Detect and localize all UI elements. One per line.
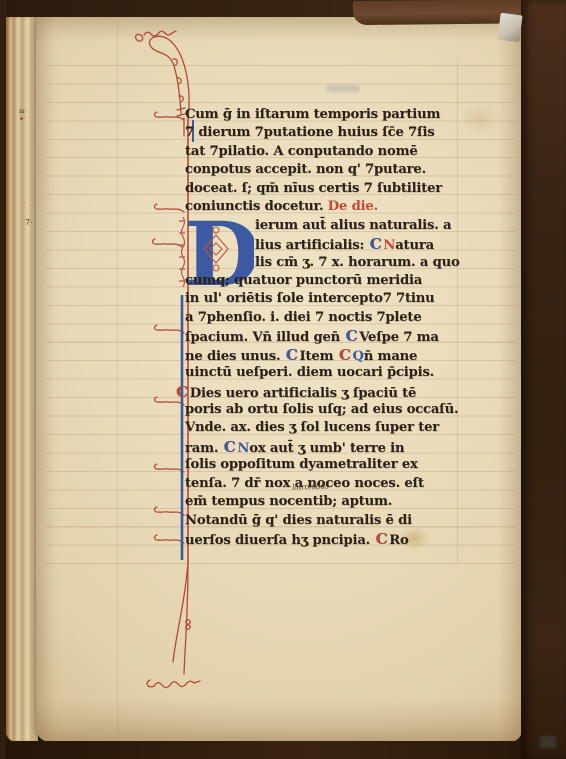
text-run: ox aut̄ ʒ umb' terre in (249, 441, 404, 456)
text-line: in ul' oriētis ſole intercepto7 7tinu (185, 290, 461, 308)
text-line: tat 7pilatio. A conputando nomē (185, 143, 461, 161)
text-run: atura (395, 238, 434, 253)
text-run: 7 dierum 7putatione huius ſc̄e 7ſis (185, 125, 435, 140)
margin-annotation: m· (19, 108, 27, 115)
text-line: Cum ḡ in iſtarum temporis partium (185, 106, 461, 124)
paraph-mark: C (370, 235, 382, 253)
text-run: n̄ mane (364, 349, 417, 364)
text-line: 7 dierum 7putatione huius ſc̄e 7ſis (185, 124, 461, 142)
text-run: Dies uero artificialis ʒ ſpaciū tē (190, 386, 416, 401)
text-run: tat 7pilatio. A conputando nomē (185, 144, 418, 159)
manuscript-photo: D Cum ḡ in iſtarum temporis partium 7 di… (0, 0, 566, 759)
text-run: uinctū ueſperi. diem uocari p̄cipis. (185, 365, 434, 380)
text-line: Vnde. ax. dies ʒ ſol lucens ſuper ter (185, 419, 461, 437)
text-line: Notandū ḡ q' dies naturalis ē di (185, 512, 461, 530)
text-run: lis cm̄ ʒ. 7 x. horarum. a quo (255, 255, 460, 270)
text-line: a 7phenſio. i. diei 7 noctis 7plete (185, 309, 461, 327)
text-run: Veſpe 7 ma (359, 330, 439, 345)
text-line: uinctū ueſperi. diem uocari p̄cipis. (185, 364, 461, 382)
paraph-mark: C (345, 327, 357, 345)
text-run: Vnde. ax. dies ʒ ſol lucens ſuper ter (185, 420, 439, 435)
paraph-mark: C (375, 530, 387, 548)
headband-thread (540, 736, 556, 748)
paraph-mark: C (339, 346, 351, 364)
binding-left-edge (0, 0, 6, 759)
text-line: ram. CNox aut̄ ʒ umb' terre in (185, 438, 461, 456)
text-run: ne dies unus. (185, 349, 285, 364)
text-line: CDies uero artificialis ʒ ſpaciū tē (185, 383, 461, 401)
margin-annotation: 7· (25, 218, 33, 227)
text-line: poris ab ortu ſolis uſq; ad eius occaſū. (185, 401, 461, 419)
text-run: in ul' oriētis ſole intercepto7 7tinu (185, 291, 435, 306)
chapter-rubric: De die. (328, 199, 378, 214)
text-run: Cum ḡ in iſtarum temporis partium (185, 107, 440, 122)
margin-annotation: · (23, 200, 25, 208)
text-line: lius artificialis: CNatura (185, 235, 461, 253)
text-line: conpotus accepit. non q' 7putare. (185, 161, 461, 179)
text-run: Ro (389, 533, 408, 548)
text-run: conpotus accepit. non q' 7putare. (185, 162, 426, 177)
ink-smudge (326, 85, 360, 92)
text-line: em̄ tempus nocentib; aptum. (185, 493, 461, 511)
text-line: lis cm̄ ʒ. 7 x. horarum. a quo (185, 254, 461, 272)
text-line: ne dies unus. CItem CQn̄ mane (185, 346, 461, 364)
colored-initial: Q (352, 349, 363, 364)
text-run: ſpacium. Vn̄ illud gen̄ (185, 330, 344, 345)
colored-initial: N (383, 238, 395, 253)
text-run: Notandū ḡ q' dies naturalis ē di (185, 513, 412, 528)
paraph-mark: C (224, 438, 236, 456)
colored-initial: N (237, 441, 249, 456)
text-run: uerſos diuerſa hʒ pncipia. (185, 533, 374, 548)
text-line: cumq; quatuor punctorū meridia (185, 272, 461, 290)
binding-bottom-edge (0, 741, 566, 759)
text-run: doceat. ſ; qm̄ nīus certis 7 ſubtiliter (185, 181, 442, 196)
text-run: poris ab ortu ſolis uſq; ad eius occaſū. (185, 402, 458, 417)
text-run: Item (300, 349, 338, 364)
text-run: ierum aut̄ alius naturalis. a (255, 218, 451, 233)
text-run: cumq; quatuor punctorū meridia (185, 273, 422, 288)
vellum-corner-tab (497, 13, 522, 42)
text-line: ſolis oppoſitum dyametraliter ex (185, 456, 461, 474)
text-line: ſpacium. Vn̄ illud gen̄ CVeſpe 7 ma (185, 327, 461, 345)
text-line: doceat. ſ; qm̄ nīus certis 7 ſubtiliter (185, 180, 461, 198)
text-line: uerſos diuerſa hʒ pncipia. CRo (185, 530, 461, 548)
parchment-stain (460, 104, 500, 134)
interlinear-gloss: latronibus (292, 481, 329, 491)
binding-right-cover (521, 0, 566, 759)
text-run: coniunctis docetur. (185, 199, 328, 214)
text-run: a 7phenſio. i. diei 7 noctis 7plete (185, 310, 422, 325)
text-line: ierum aut̄ alius naturalis. a (185, 217, 461, 235)
text-line: coniunctis docetur. De die. (185, 198, 461, 216)
paraph-mark: C (176, 383, 188, 401)
text-run: em̄ tempus nocentib; aptum. (185, 494, 392, 509)
paraph-mark: C (286, 346, 298, 364)
text-run: ram. (185, 441, 223, 456)
text-run: ſolis oppoſitum dyametraliter ex (185, 457, 418, 472)
folio-edges-stack (5, 16, 38, 743)
text-run: lius artificialis: (255, 238, 369, 253)
red-ink-speck (20, 117, 23, 120)
